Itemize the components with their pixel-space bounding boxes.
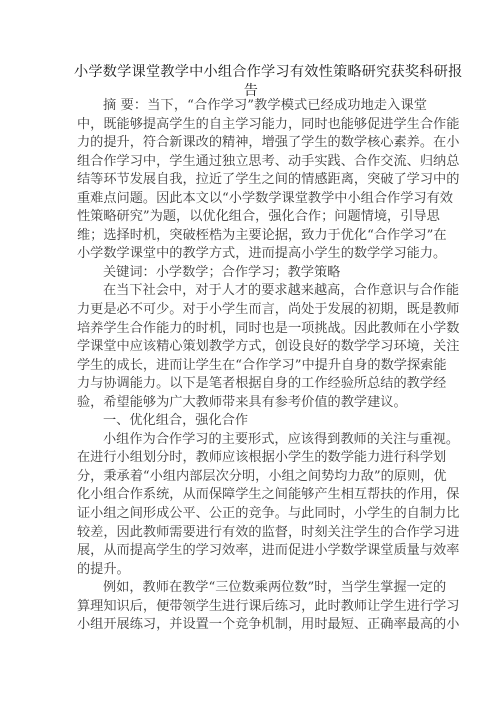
document-title: 小学数学课堂教学中小组合作学习有效性策略研究获奖科研报 告 [70, 63, 432, 100]
body-text-line: 学课堂中应该精心策划教学方式，创设良好的数学学习环境，关注 [77, 338, 427, 357]
body-text-line: 培养学生合作能力的时机，同时也是一项挑战。因此教师在小学数 [77, 320, 427, 339]
body-text-line: 较差，因此教师需要进行有效的监督，时刻关注学生的合作学习进 [77, 524, 427, 543]
document-page: 小学数学课堂教学中小组合作学习有效性策略研究获奖科研报 告 摘 要：当下，“合作… [0, 0, 500, 707]
body-text-line: 证小组之间形成公平、公正的竞争。与此同时，小学生的自制力比 [77, 505, 427, 524]
body-text-line: 分，秉承着“小组内部层次分明，小组之间势均力敌”的原则，优 [77, 468, 427, 487]
body-text-line: 重难点问题。因此本文以“小学数学课堂教学中小组合作学习有效 [77, 190, 427, 209]
body-text-line: 小组作为合作学习的主要形式，应该得到教师的关注与重视。 [77, 431, 427, 450]
body-text-line: 关键词：小学数学；合作学习；教学策略 [77, 264, 427, 283]
body-text-line: 化小组合作系统，从而保障学生之间能够产生相互帮扶的作用，保 [77, 486, 427, 505]
body-text-line: 性策略研究”为题，以优化组合，强化合作；问题情境，引导思 [77, 208, 427, 227]
body-text-line: 摘 要：当下，“合作学习”教学模式已经成功地走入课堂 [77, 97, 427, 116]
body-text-line: 验，希望能够为广大教师带来具有参考价值的教学建议。 [77, 394, 427, 413]
body-text-line: 力的提升，符合新课改的精神，增强了学生的数学核心素养。在小 [77, 134, 427, 153]
body-text-line: 力与协调能力。以下是笔者根据自身的工作经验所总结的教学经 [77, 375, 427, 394]
body-text-line: 一、优化组合，强化合作 [77, 412, 427, 431]
body-text-line: 小组开展练习，并设置一个竞争机制，用时最短、正确率最高的小 [77, 616, 427, 635]
body-text-line: 中，既能够提高学生的自主学习能力，同时也能够促进学生合作能 [77, 116, 427, 135]
body-text-line: 在进行小组划分时，教师应该根据小学生的数学能力进行科学划 [77, 449, 427, 468]
body-text-line: 的提升。 [77, 561, 427, 580]
body-text-line: 学生的成长，进而让学生在“合作学习”中提升自身的数学探索能 [77, 357, 427, 376]
body-text-line: 力更是必不可少。对于小学生而言，尚处于发展的初期，既是教师 [77, 301, 427, 320]
body-text-line: 维；选择时机，突破桎梏为主要论据，致力于优化“合作学习”在 [77, 227, 427, 246]
body-text-line: 在当下社会中，对于人才的要求越来越高，合作意识与合作能 [77, 282, 427, 301]
document-body: 摘 要：当下，“合作学习”教学模式已经成功地走入课堂中，既能够提高学生的自主学习… [77, 97, 427, 635]
body-text-line: 组合作学习中，学生通过独立思考、动手实践、合作交流、归纳总 [77, 153, 427, 172]
body-text-line: 结等环节发展自我，拉近了学生之间的情感距离，突破了学习中的 [77, 171, 427, 190]
body-text-line: 算理知识后，便带领学生进行课后练习，此时教师让学生进行学习 [77, 598, 427, 617]
title-line-1: 小学数学课堂教学中小组合作学习有效性策略研究获奖科研报 [74, 63, 432, 82]
body-text-line: 小学数学课堂中的教学方式，进而提高小学生的数学学习能力。 [77, 245, 427, 264]
body-text-line: 例如，教师在教学“三位数乘两位数”时，当学生掌握一定的 [77, 579, 427, 598]
body-text-line: 展，从而提高学生的学习效率，进而促进小学数学课堂质量与效率 [77, 542, 427, 561]
